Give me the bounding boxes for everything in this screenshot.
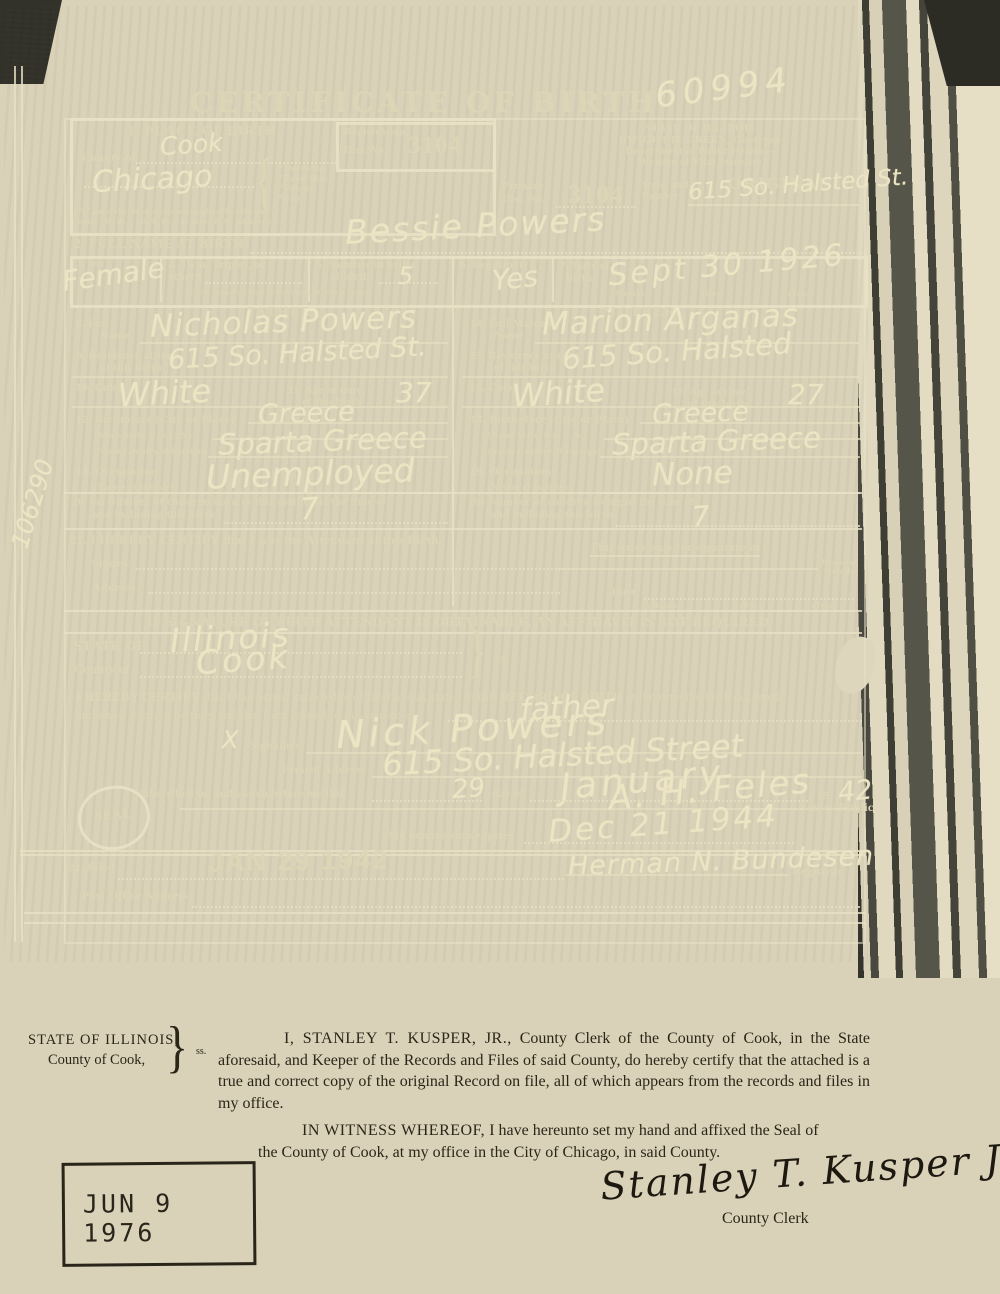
father-residence-label-1: 9. Residence at time — [76, 350, 180, 362]
order-line — [378, 268, 438, 284]
mother-name-label-2: Name — [494, 330, 524, 342]
birth-certificate-scan: 106290 CERTIFICATE OF BIRTH 60994 STATE … — [0, 0, 1000, 1294]
mother-birthplace-label: 18. Birthplace (City or Place) — [470, 412, 628, 427]
commission-label: My commission expires — [388, 828, 514, 843]
dob-day-label: (Day) — [702, 288, 724, 298]
attendant-address-line — [148, 580, 560, 594]
page-stack-edge — [858, 0, 1000, 978]
father-birthplace-label: 12. Birthplace (City or Place) — [76, 412, 234, 427]
city-line — [84, 170, 254, 188]
dob-year-label: (Year) — [788, 288, 812, 298]
commission-line — [524, 830, 794, 844]
registration-value: 3104 — [408, 132, 462, 160]
witness-bold: IN WITNESS WHEREOF, — [302, 1122, 485, 1139]
mother-color-value: White — [511, 371, 606, 415]
registration-label: Registration — [344, 126, 406, 138]
mother-industry-note: (Nature of Industry) — [488, 482, 572, 492]
bottom-rule-1 — [24, 912, 866, 914]
street-label-1: Street and — [642, 180, 689, 191]
left-edge-line — [14, 66, 16, 942]
full-name-label: 2. FULL NAME AT BIRTH — [74, 236, 244, 252]
filed-label: 22. Filed — [68, 860, 115, 875]
place-footnote-2: enter "R. R.," "R. F. D.," or other P. O… — [78, 216, 271, 226]
jurat-certify-end: at the time the birth occurred, — [623, 690, 784, 704]
jurat-state-line — [140, 638, 462, 654]
count-b-label-2: and including this birth — [490, 509, 613, 521]
count-a-label-2: and including this birth — [92, 509, 215, 521]
physician-label: Physician — [822, 558, 858, 567]
clerk-state-line: STATE OF ILLINOIS, — [28, 1032, 179, 1049]
seal-label: SEAL — [80, 804, 147, 827]
mother-state-note: (Name State, if in U. S.) — [488, 430, 586, 440]
po-address-line — [192, 894, 860, 908]
jurat-ss-label: ss. — [496, 652, 508, 664]
jurat-certify-line1: I HEREBY CERTIFY that I had actual knowl… — [76, 688, 862, 706]
received-date-stamp-box: JUN 9 1976 — [62, 1161, 257, 1267]
option-township: *Township — [278, 164, 329, 174]
clerk-ss-label: ss. — [196, 1046, 206, 1057]
father-industry-note: (Nature of Industry) — [94, 482, 178, 492]
street-line — [688, 190, 860, 206]
jurat-brace: } — [466, 616, 488, 685]
clerk-brace: } — [166, 1013, 188, 1079]
attendant-day-label: (Day) — [740, 600, 762, 610]
registrar-label: Registrar — [792, 864, 843, 879]
po-address-label: Post Office Address — [82, 888, 188, 903]
count-b-label-1: (b) Number of children living at the tim… — [470, 496, 695, 508]
mother-country-note: (Name Country, if Foreign) — [488, 446, 601, 456]
physician-signature-line — [560, 556, 818, 570]
clerk-paragraph-1: I, STANLEY T. KUSPER, JR., County Clerk … — [218, 1028, 870, 1114]
row3-divider — [452, 256, 454, 302]
counts-top-rule — [64, 492, 862, 494]
option-city: *City — [278, 194, 329, 204]
dob-label-2: birth — [566, 272, 592, 284]
band-top-rule — [64, 610, 862, 612]
midwife-label: Midwife — [824, 567, 855, 576]
option-village: *Village — [278, 184, 329, 194]
dob-label-1: 7. Date of — [560, 260, 610, 272]
attendant-year-label: (Year) — [812, 600, 836, 610]
jurat-county-line — [140, 662, 462, 678]
registrar-line — [566, 866, 788, 876]
signed-line — [136, 556, 560, 570]
certificate-title: CERTIFICATE OF BIRTH — [190, 86, 659, 119]
place-footnote-1: *(Cancel the three terms not applicable—… — [78, 206, 267, 216]
father-country-note: (Name Country, if Foreign) — [94, 446, 207, 456]
jurat-county-label: County of — [74, 662, 130, 677]
attendant-month-label: (Month) — [648, 600, 680, 610]
place-type-options: *Township *Road Dist. *Village *City — [278, 164, 329, 204]
clerk-name-bold: I, STANLEY T. KUSPER, JR., — [284, 1030, 512, 1047]
primary-label: Primary — [502, 180, 544, 192]
order-label-2: of birth — [330, 271, 370, 283]
present-address-label: Present Address — [282, 764, 366, 776]
county-value: Cook — [159, 128, 223, 161]
filed-date-stamp: JAN 29 1942 — [208, 844, 390, 878]
dob-month-label: (Month) — [612, 288, 644, 298]
attendant-date-line — [644, 586, 854, 600]
count-b-line — [616, 511, 860, 527]
jurat-certify-mid: that I had actual knowledge of the facts… — [200, 690, 501, 704]
father-state-note: (Name State, if in U. S.) — [94, 430, 192, 440]
twin-line — [206, 268, 302, 284]
attendant-top-rule — [64, 528, 862, 530]
option-road-dist: *Road Dist. — [278, 174, 329, 184]
bottom-rule-2 — [24, 922, 866, 924]
attendant-date-label: Date — [612, 586, 636, 598]
jurat-state-label: STATE OF — [74, 638, 146, 654]
twin-label-2: other? — [168, 271, 202, 283]
father-name-label-2: Name — [100, 330, 130, 342]
father-age-label-1: 11. Age at time — [288, 384, 362, 396]
attendant-certify-label: 21. I HEREBY CERTIFY that I was the Atte… — [70, 532, 442, 548]
registration-dist-label: Dist. No. — [344, 144, 387, 156]
jurat-certify-bold: I HEREBY CERTIFY — [76, 690, 200, 704]
notary-public-label: Notary Public — [798, 800, 874, 815]
received-date-stamp: JUN 9 1976 — [83, 1188, 253, 1247]
clerk-county-line: County of Cook, — [48, 1052, 145, 1069]
signature-space-label: This space only for signature of — [590, 540, 760, 557]
count-a-label-1: 20. (a) Number of children born to this … — [72, 496, 386, 508]
county-clerk-title: County Clerk — [722, 1210, 809, 1228]
street-label-2: Number — [642, 191, 679, 202]
father-occupation-label: 13. Occupation — [76, 464, 158, 479]
x-mark: X — [222, 726, 238, 754]
row3-divider — [552, 256, 554, 302]
father-name-label-1: 8. Full — [76, 318, 109, 330]
legitimate-value: Yes — [490, 260, 539, 298]
signed-label: Signed — [92, 556, 128, 571]
signature-label: Signature — [250, 740, 300, 752]
count-a-line — [224, 508, 448, 524]
attendant-address-label: Address — [92, 580, 136, 595]
twin-note: (To be answered only in the event of plu… — [186, 287, 372, 297]
mother-occupation-label: 19. Occupation — [470, 464, 552, 479]
